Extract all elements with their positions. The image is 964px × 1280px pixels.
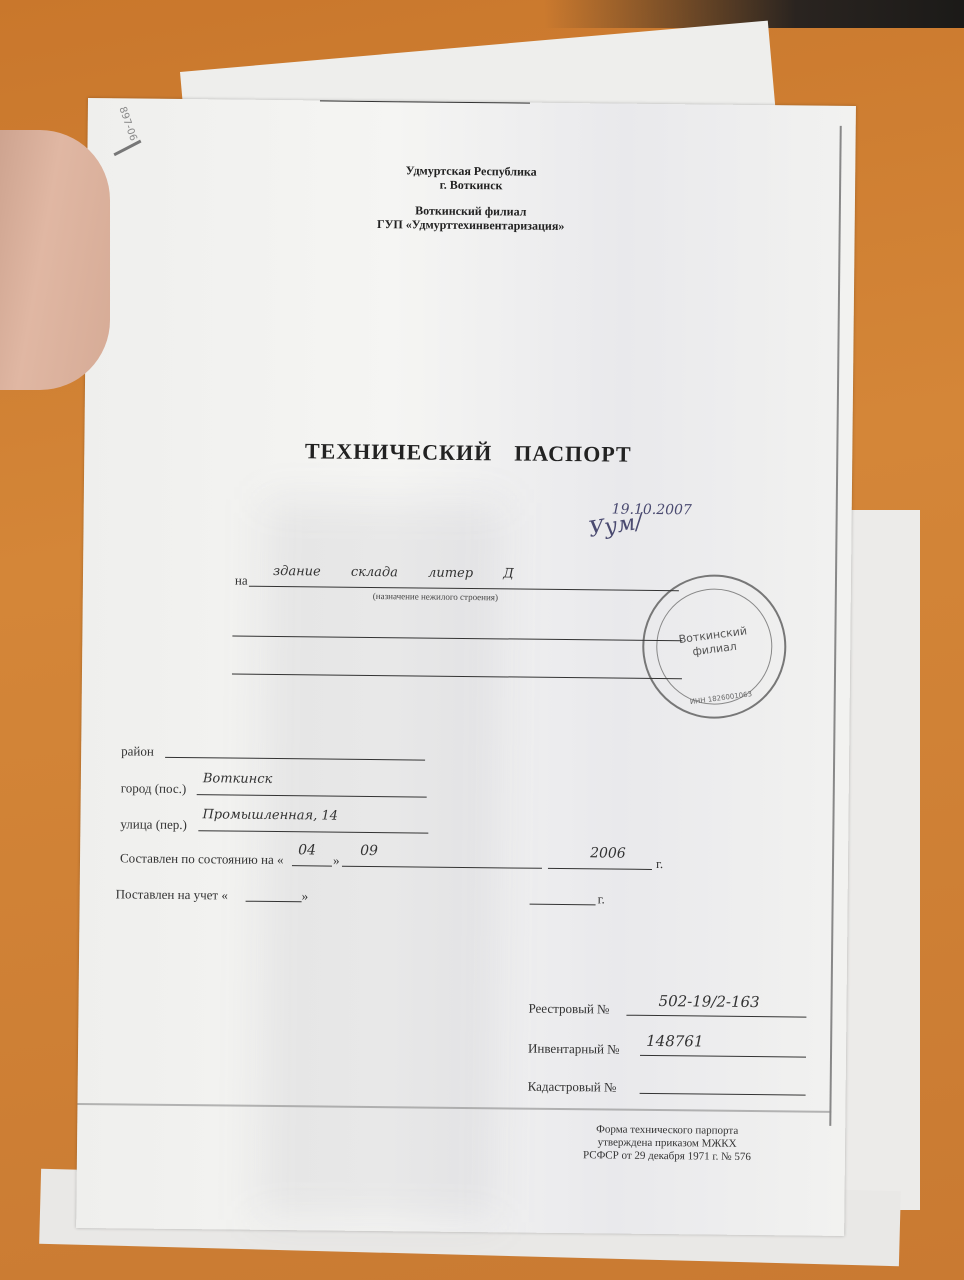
compiled-month: 09 [360,843,378,859]
back-sheet-right [840,510,920,1210]
title-word-2: ПАСПОРТ [514,440,632,466]
thumb [0,130,110,390]
footer-line-3: РСФСР от 29 декабря 1971 г. № 576 [517,1149,817,1165]
district-label: район [121,743,154,759]
city-value: Воткинск [203,771,273,787]
registry-line [626,1015,806,1018]
page-title: ТЕХНИЧЕСКИЙПАСПОРТ [84,436,852,470]
building-purpose-value: здание склада литер Д [273,564,514,582]
registered-quote-close: » [302,888,309,904]
registry-value: 502-19/2-163 [658,992,759,1011]
street-value: Промышленная, 14 [202,807,338,823]
compiled-quote-close: » [333,853,340,869]
inventory-line [640,1055,806,1058]
photo-shadow [256,500,504,1222]
cadastral-label: Кадастровый № [528,1079,617,1096]
compiled-year: 2006 [590,845,626,861]
registered-year-suffix: г. [598,891,605,907]
street-label: улица (пер.) [120,816,187,833]
inventory-value: 148761 [646,1032,703,1051]
title-word-1: ТЕХНИЧЕСКИЙ [305,438,493,465]
technical-passport-page: 897-06 Удмуртская Республика г. Воткинск… [76,98,856,1236]
registered-year-line [530,904,596,906]
inventory-label: Инвентарный № [528,1041,620,1058]
registry-label: Реестровый № [528,1001,609,1018]
cadastral-line [640,1093,806,1096]
compiled-year-suffix: г. [656,856,663,872]
form-footer: Форма технического парпорта утверждена п… [517,1123,817,1165]
compiled-day: 04 [298,842,316,858]
signature: Уум/​ [587,509,645,543]
page-frame-right [829,126,841,1126]
compiled-label: Составлен по состоянию на « [120,850,284,868]
registered-label: Поставлен на учет « [116,886,228,903]
pencil-note: 897-06 [116,105,138,142]
building-purpose-caption: (назначение нежилого строения) [373,591,498,602]
compiled-year-line [548,868,652,870]
city-label: город (пос.) [121,780,187,797]
on-label: на [235,573,248,589]
header-region: Удмуртская Республика г. Воткинск Воткин… [87,160,856,236]
